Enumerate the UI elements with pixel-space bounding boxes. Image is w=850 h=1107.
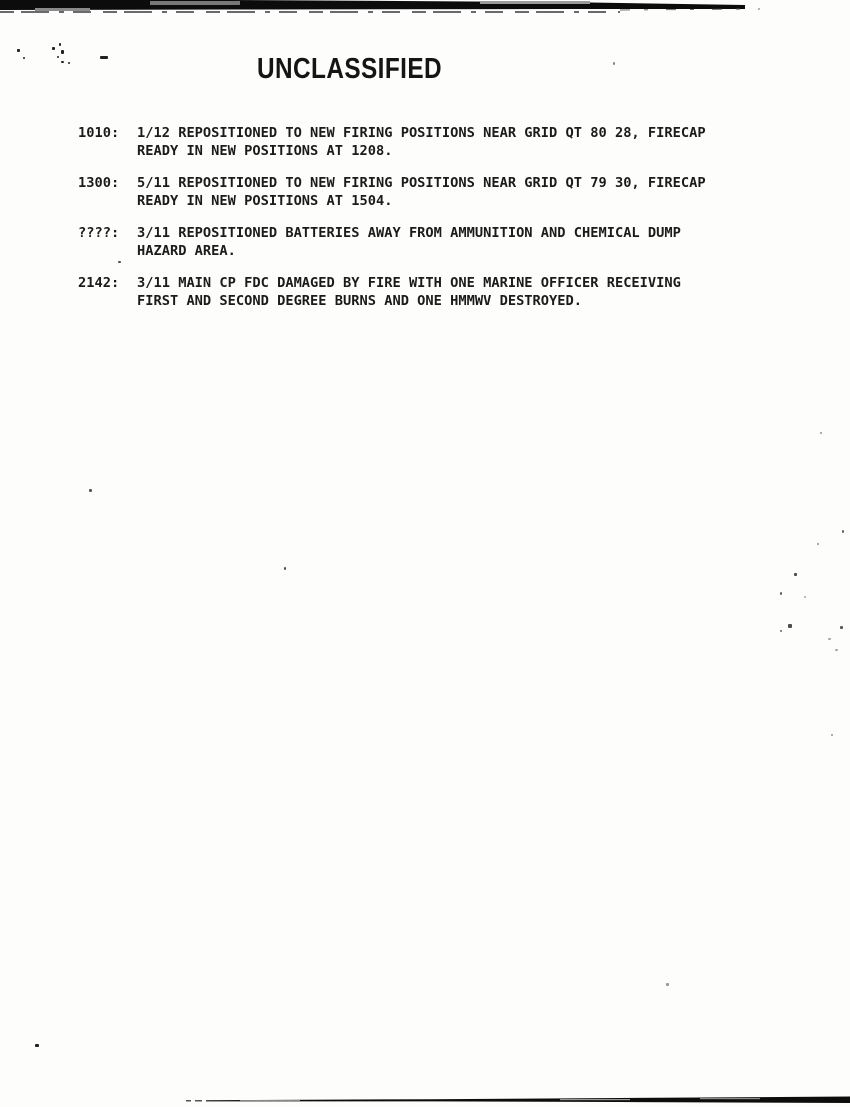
entry-line: 5/11 REPOSITIONED TO NEW FIRING POSITION… [137,174,778,192]
entry-text: 3/11 MAIN CP FDC DAMAGED BY FIRE WITH ON… [137,274,778,310]
scan-speck [794,573,797,576]
scan-speck [61,61,64,63]
scan-speck [23,57,25,59]
scan-speck [831,734,833,736]
classification-banner: UNCLASSIFIED [257,54,442,84]
scan-speck [666,983,669,986]
log-entry: 1300: 5/11 REPOSITIONED TO NEW FIRING PO… [78,174,778,210]
scan-speck [100,56,108,59]
scan-artifact-bottom-edge [0,1096,850,1106]
scan-speck [613,62,615,65]
scan-speck [59,43,61,46]
scanned-document-page: UNCLASSIFIED 1010: 1/12 REPOSITIONED TO … [0,0,850,1107]
entry-line: FIRST AND SECOND DEGREE BURNS AND ONE HM… [137,292,778,310]
scan-artifact-top-edge [0,0,850,18]
entry-line: HAZARD AREA. [137,242,778,260]
scan-speck [52,47,55,50]
scan-speck [780,592,782,595]
scan-speck [57,56,59,58]
scan-speck [780,630,782,632]
entry-line: 1/12 REPOSITIONED TO NEW FIRING POSITION… [137,124,778,142]
entry-text: 1/12 REPOSITIONED TO NEW FIRING POSITION… [137,124,778,160]
entry-line: READY IN NEW POSITIONS AT 1208. [137,142,778,160]
entry-time: ????: [78,224,137,242]
scan-speck [840,626,843,629]
log-entry: ????: 3/11 REPOSITIONED BATTERIES AWAY F… [78,224,778,260]
entry-time: 1010: [78,124,137,142]
entry-line: 3/11 MAIN CP FDC DAMAGED BY FIRE WITH ON… [137,274,778,292]
scan-speck [817,543,819,545]
entry-time: 2142: [78,274,137,292]
scan-speck [835,649,838,651]
scan-speck [788,624,792,628]
scan-speck [68,62,70,64]
scan-speck [828,638,831,640]
scan-speck [35,1044,39,1047]
entry-text: 5/11 REPOSITIONED TO NEW FIRING POSITION… [137,174,778,210]
entry-line: READY IN NEW POSITIONS AT 1504. [137,192,778,210]
scan-speck [842,530,844,533]
scan-speck [820,432,822,434]
scan-speck [61,50,64,54]
log-entries: 1010: 1/12 REPOSITIONED TO NEW FIRING PO… [78,124,778,324]
scan-speck [118,261,121,263]
scan-speck [89,489,92,492]
scan-speck [17,49,20,52]
entry-time: 1300: [78,174,137,192]
scan-speck [284,567,286,570]
log-entry: 2142: 3/11 MAIN CP FDC DAMAGED BY FIRE W… [78,274,778,310]
entry-line: 3/11 REPOSITIONED BATTERIES AWAY FROM AM… [137,224,778,242]
log-entry: 1010: 1/12 REPOSITIONED TO NEW FIRING PO… [78,124,778,160]
entry-text: 3/11 REPOSITIONED BATTERIES AWAY FROM AM… [137,224,778,260]
scan-speck [804,596,806,598]
